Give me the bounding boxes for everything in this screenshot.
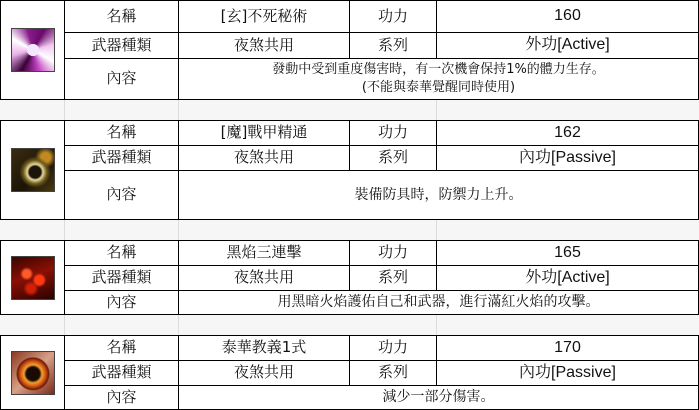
weapon-type-label: 武器種類	[65, 33, 179, 59]
skill-power: 170	[437, 336, 699, 361]
power-label: 功力	[350, 241, 437, 266]
skill-power: 160	[437, 1, 699, 33]
skill-name: 黑焰三連擊	[179, 241, 350, 266]
name-label: 名稱	[65, 241, 179, 266]
sheet-gap	[0, 219, 699, 241]
series-label: 系列	[350, 266, 437, 291]
skill-weapon-type: 夜煞共用	[179, 146, 350, 171]
series-label: 系列	[350, 33, 437, 59]
skill-icon-cell	[1, 336, 65, 410]
skill-table: 名稱 [魔]戰甲精通 功力 162 武器種類 夜煞共用 系列 內功[Passiv…	[0, 120, 699, 220]
power-label: 功力	[350, 1, 437, 33]
power-label: 功力	[350, 121, 437, 146]
skill-weapon-type: 夜煞共用	[179, 361, 350, 386]
name-label: 名稱	[65, 1, 179, 33]
skill-table: 名稱 黑焰三連擊 功力 165 武器種類 夜煞共用 系列 外功[Active] …	[0, 240, 699, 315]
skill-content: 減少一部分傷害。	[179, 386, 699, 410]
skill-name: 泰華教義1式	[179, 336, 350, 361]
weapon-type-label: 武器種類	[65, 266, 179, 291]
skill-name: [玄]不死秘術	[179, 1, 350, 33]
skill-icon-cell	[1, 241, 65, 315]
skill-content: 發動中受到重度傷害時，有一次機會保持1%的體力生存。 (不能與泰華覺醒同時使用)	[179, 59, 699, 100]
sheet-gap	[0, 314, 699, 336]
skill-weapon-type: 夜煞共用	[179, 266, 350, 291]
skill-content-note: (不能與泰華覺醒同時使用)	[179, 79, 698, 97]
skill-table: 名稱 泰華教義1式 功力 170 武器種類 夜煞共用 系列 內功[Passive…	[0, 335, 699, 410]
skill-content: 裝備防具時，防禦力上升。	[179, 171, 699, 220]
name-label: 名稱	[65, 121, 179, 146]
series-label: 系列	[350, 146, 437, 171]
skill-content: 用黑暗火焰護佑自己和武器，進行滿紅火焰的攻擊。	[179, 291, 699, 315]
skill-power: 165	[437, 241, 699, 266]
skill-series: 內功[Passive]	[437, 146, 699, 171]
sheet-gap	[0, 99, 699, 121]
skill-series: 外功[Active]	[437, 33, 699, 59]
armor-skill-icon	[11, 148, 55, 192]
content-label: 內容	[65, 59, 179, 100]
flame-skill-icon	[11, 256, 55, 300]
skill-table: 名稱 [玄]不死秘術 功力 160 武器種類 夜煞共用 系列 外功[Active…	[0, 0, 699, 100]
skill-weapon-type: 夜煞共用	[179, 33, 350, 59]
power-label: 功力	[350, 336, 437, 361]
weapon-type-label: 武器種類	[65, 361, 179, 386]
skill-series: 內功[Passive]	[437, 361, 699, 386]
weapon-type-label: 武器種類	[65, 146, 179, 171]
skill-content-text: 發動中受到重度傷害時，有一次機會保持1%的體力生存。	[179, 61, 698, 79]
swirl-skill-icon	[11, 28, 55, 72]
content-label: 內容	[65, 386, 179, 410]
name-label: 名稱	[65, 336, 179, 361]
monk-skill-icon	[11, 351, 55, 395]
skill-icon-cell	[1, 121, 65, 220]
skill-series: 外功[Active]	[437, 266, 699, 291]
skill-name: [魔]戰甲精通	[179, 121, 350, 146]
skill-icon-cell	[1, 1, 65, 100]
content-label: 內容	[65, 171, 179, 220]
skill-power: 162	[437, 121, 699, 146]
series-label: 系列	[350, 361, 437, 386]
content-label: 內容	[65, 291, 179, 315]
